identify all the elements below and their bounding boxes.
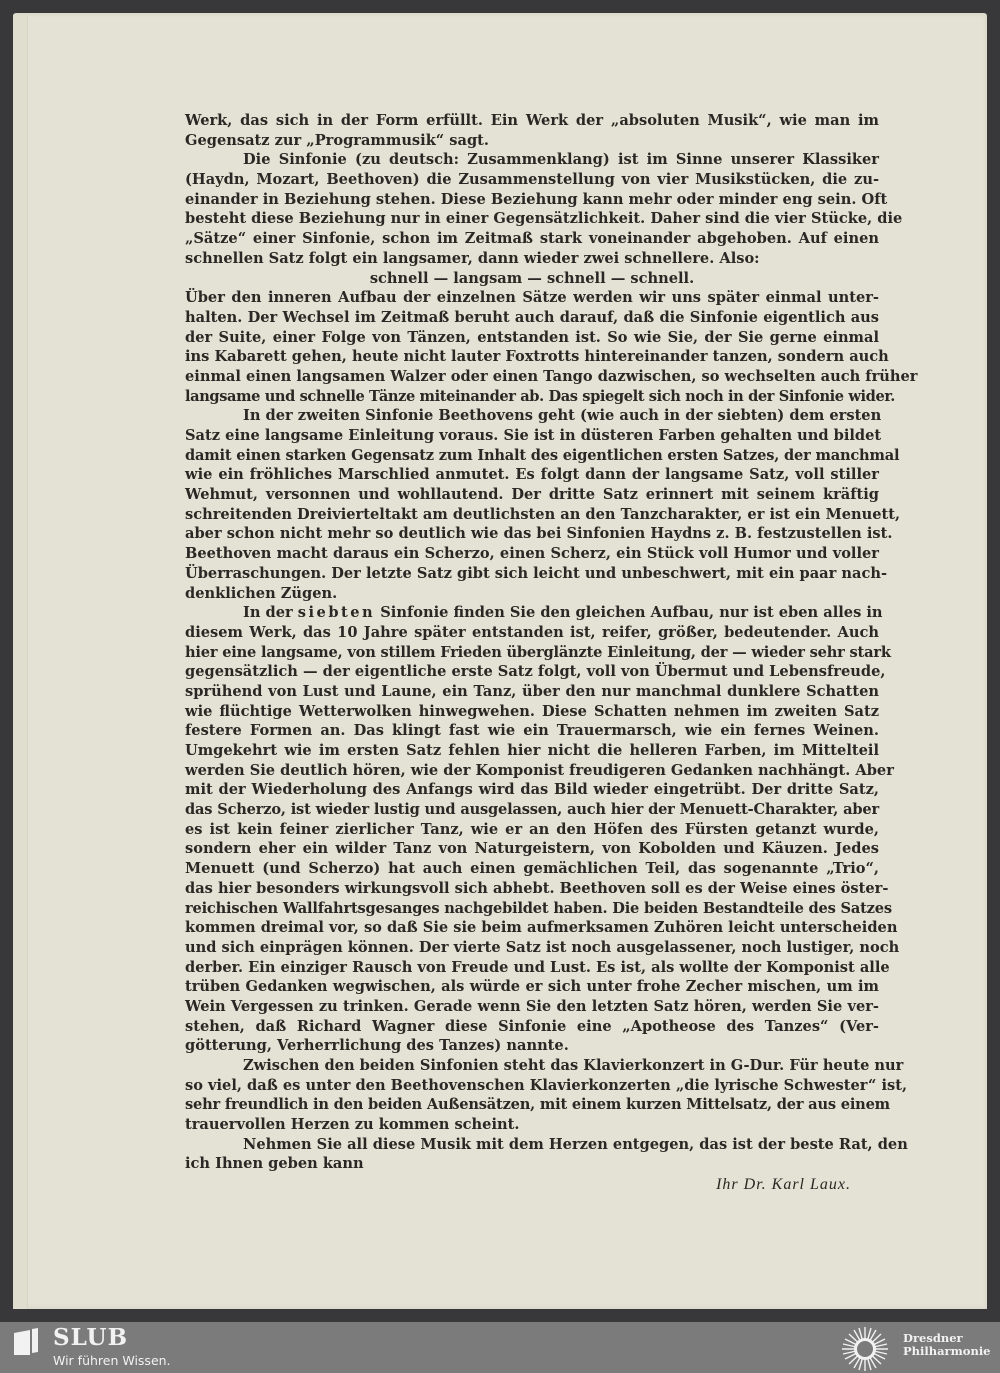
text-line: Gegensatz zur „Programmusik“ sagt. (185, 131, 879, 151)
slub-tagline: Wir führen Wissen. (53, 1353, 171, 1368)
text-line: gegensätzlich — der eigentliche erste Sa… (185, 662, 879, 682)
text-line: das hier besonders wirkungsvoll sich abh… (185, 879, 879, 899)
text-line: halten. Der Wechsel im Zeitmaß beruht au… (185, 308, 879, 328)
dresdner-philharmonie-sunburst-icon (840, 1326, 890, 1372)
text-line: Beethoven macht daraus ein Scherzo, eine… (185, 544, 879, 564)
text-line: Über den inneren Aufbau der einzelnen Sä… (185, 288, 879, 308)
brand-name-line-2: Philharmonie (903, 1345, 991, 1358)
text-line: diesem Werk, das 10 Jahre später entstan… (185, 623, 879, 643)
text-line: götterung, Verherrlichung des Tanzes) na… (185, 1036, 879, 1056)
text-line: Menuett (und Scherzo) hat auch einen gem… (185, 859, 879, 879)
text-line: Überraschungen. Der letzte Satz gibt sic… (185, 564, 879, 584)
text-line: wie flüchtige Wetterwolken hinwegwehen. … (185, 702, 879, 722)
text-line: kommen dreimal vor, so daß Sie sie beim … (185, 918, 879, 938)
text-line: einmal einen langsamen Walzer oder einen… (185, 367, 879, 387)
text-line: reichischen Wallfahrtsgesanges nachgebil… (185, 899, 879, 919)
text-line: ich Ihnen geben kann (185, 1154, 879, 1174)
text-fragment: Sinfonie finden Sie den gleichen Aufbau,… (375, 604, 882, 621)
text-line: trüben Gedanken wegwischen, als würde er… (185, 977, 879, 997)
text-line: der Suite, einer Folge von Tänzen, entst… (185, 328, 879, 348)
text-line: werden Sie deutlich hören, wie der Kompo… (185, 761, 879, 781)
scanned-page: Werk, das sich in der Form erfüllt. Ein … (13, 13, 987, 1309)
text-line: besteht diese Beziehung nur in einer Geg… (185, 209, 879, 229)
text-line: schnellen Satz folgt ein langsamer, dann… (185, 249, 879, 269)
text-line: Umgekehrt wie im ersten Satz fehlen hier… (185, 741, 879, 761)
letter-body: Werk, das sich in der Form erfüllt. Ein … (185, 111, 879, 1174)
text-line: In der zweiten Sinfonie Beethovens geht … (185, 406, 879, 426)
footer-bar: SLUB Wir führen Wissen. Dresdner Philhar… (0, 1322, 1000, 1373)
text-line: sehr freundlich in den beiden Außensätze… (185, 1095, 879, 1115)
text-line: und sich einprägen können. Der vierte Sa… (185, 938, 879, 958)
dresdner-philharmonie-brand-name[interactable]: Dresdner Philharmonie (903, 1332, 991, 1358)
text-line: aber schon nicht mehr so deutlich wie da… (185, 524, 879, 544)
text-line: es ist kein feiner zierlicher Tanz, wie … (185, 820, 879, 840)
text-line: festere Formen an. Das klingt fast wie e… (185, 721, 879, 741)
slub-brand-name[interactable]: SLUB (53, 1324, 128, 1351)
text-line: denklichen Zügen. (185, 584, 879, 604)
text-line: so viel, daß es unter den Beethovenschen… (185, 1076, 879, 1096)
text-line: hier eine langsame, von stillem Frieden … (185, 643, 879, 663)
text-line: Wehmut, versonnen und wohllautend. Der d… (185, 485, 879, 505)
text-line: „Sätze“ einer Sinfonie, schon im Zeitmaß… (185, 229, 879, 249)
text-line: Werk, das sich in der Form erfüllt. Ein … (185, 111, 879, 131)
text-line: mit der Wiederholung des Anfangs wird da… (185, 780, 879, 800)
text-fragment: In der (243, 604, 298, 621)
text-line: Wein Vergessen zu trinken. Gerade wenn S… (185, 997, 879, 1017)
text-line: Zwischen den beiden Sinfonien steht das … (185, 1056, 879, 1076)
text-line: Die Sinfonie (zu deutsch: Zusammenklang)… (185, 150, 879, 170)
text-line: (Haydn, Mozart, Beethoven) die Zusammens… (185, 170, 879, 190)
text-line: stehen, daß Richard Wagner diese Sinfoni… (185, 1017, 879, 1037)
text-line: sondern eher ein wilder Tanz von Naturge… (185, 839, 879, 859)
text-line: In der siebten Sinfonie finden Sie den g… (185, 603, 879, 623)
text-line: trauervollen Herzen zu kommen scheint. (185, 1115, 879, 1135)
text-line: langsame und schnelle Tänze miteinander … (185, 387, 879, 407)
tempo-sequence-line: schnell — langsam — schnell — schnell. (185, 269, 879, 289)
text-line: das Scherzo, ist wieder lustig und ausge… (185, 800, 879, 820)
text-line: schreitenden Dreivierteltakt am deutlich… (185, 505, 879, 525)
text-line: Satz eine langsame Einleitung voraus. Si… (185, 426, 879, 446)
text-line: wie ein fröhliches Marschlied anmutet. E… (185, 465, 879, 485)
slub-book-icon (12, 1327, 40, 1357)
emphasized-word: siebten (298, 604, 375, 621)
text-line: Nehmen Sie all diese Musik mit dem Herze… (185, 1135, 879, 1155)
text-line: einander in Beziehung stehen. Diese Bezi… (185, 190, 879, 210)
text-line: derber. Ein einziger Rausch von Freude u… (185, 958, 879, 978)
text-line: sprühend von Lust und Laune, ein Tanz, ü… (185, 682, 879, 702)
signature: Ihr Dr. Karl Laux. (716, 1176, 851, 1194)
text-line: ins Kabarett gehen, heute nicht lauter F… (185, 347, 879, 367)
text-line: damit einen starken Gegensatz zum Inhalt… (185, 446, 879, 466)
